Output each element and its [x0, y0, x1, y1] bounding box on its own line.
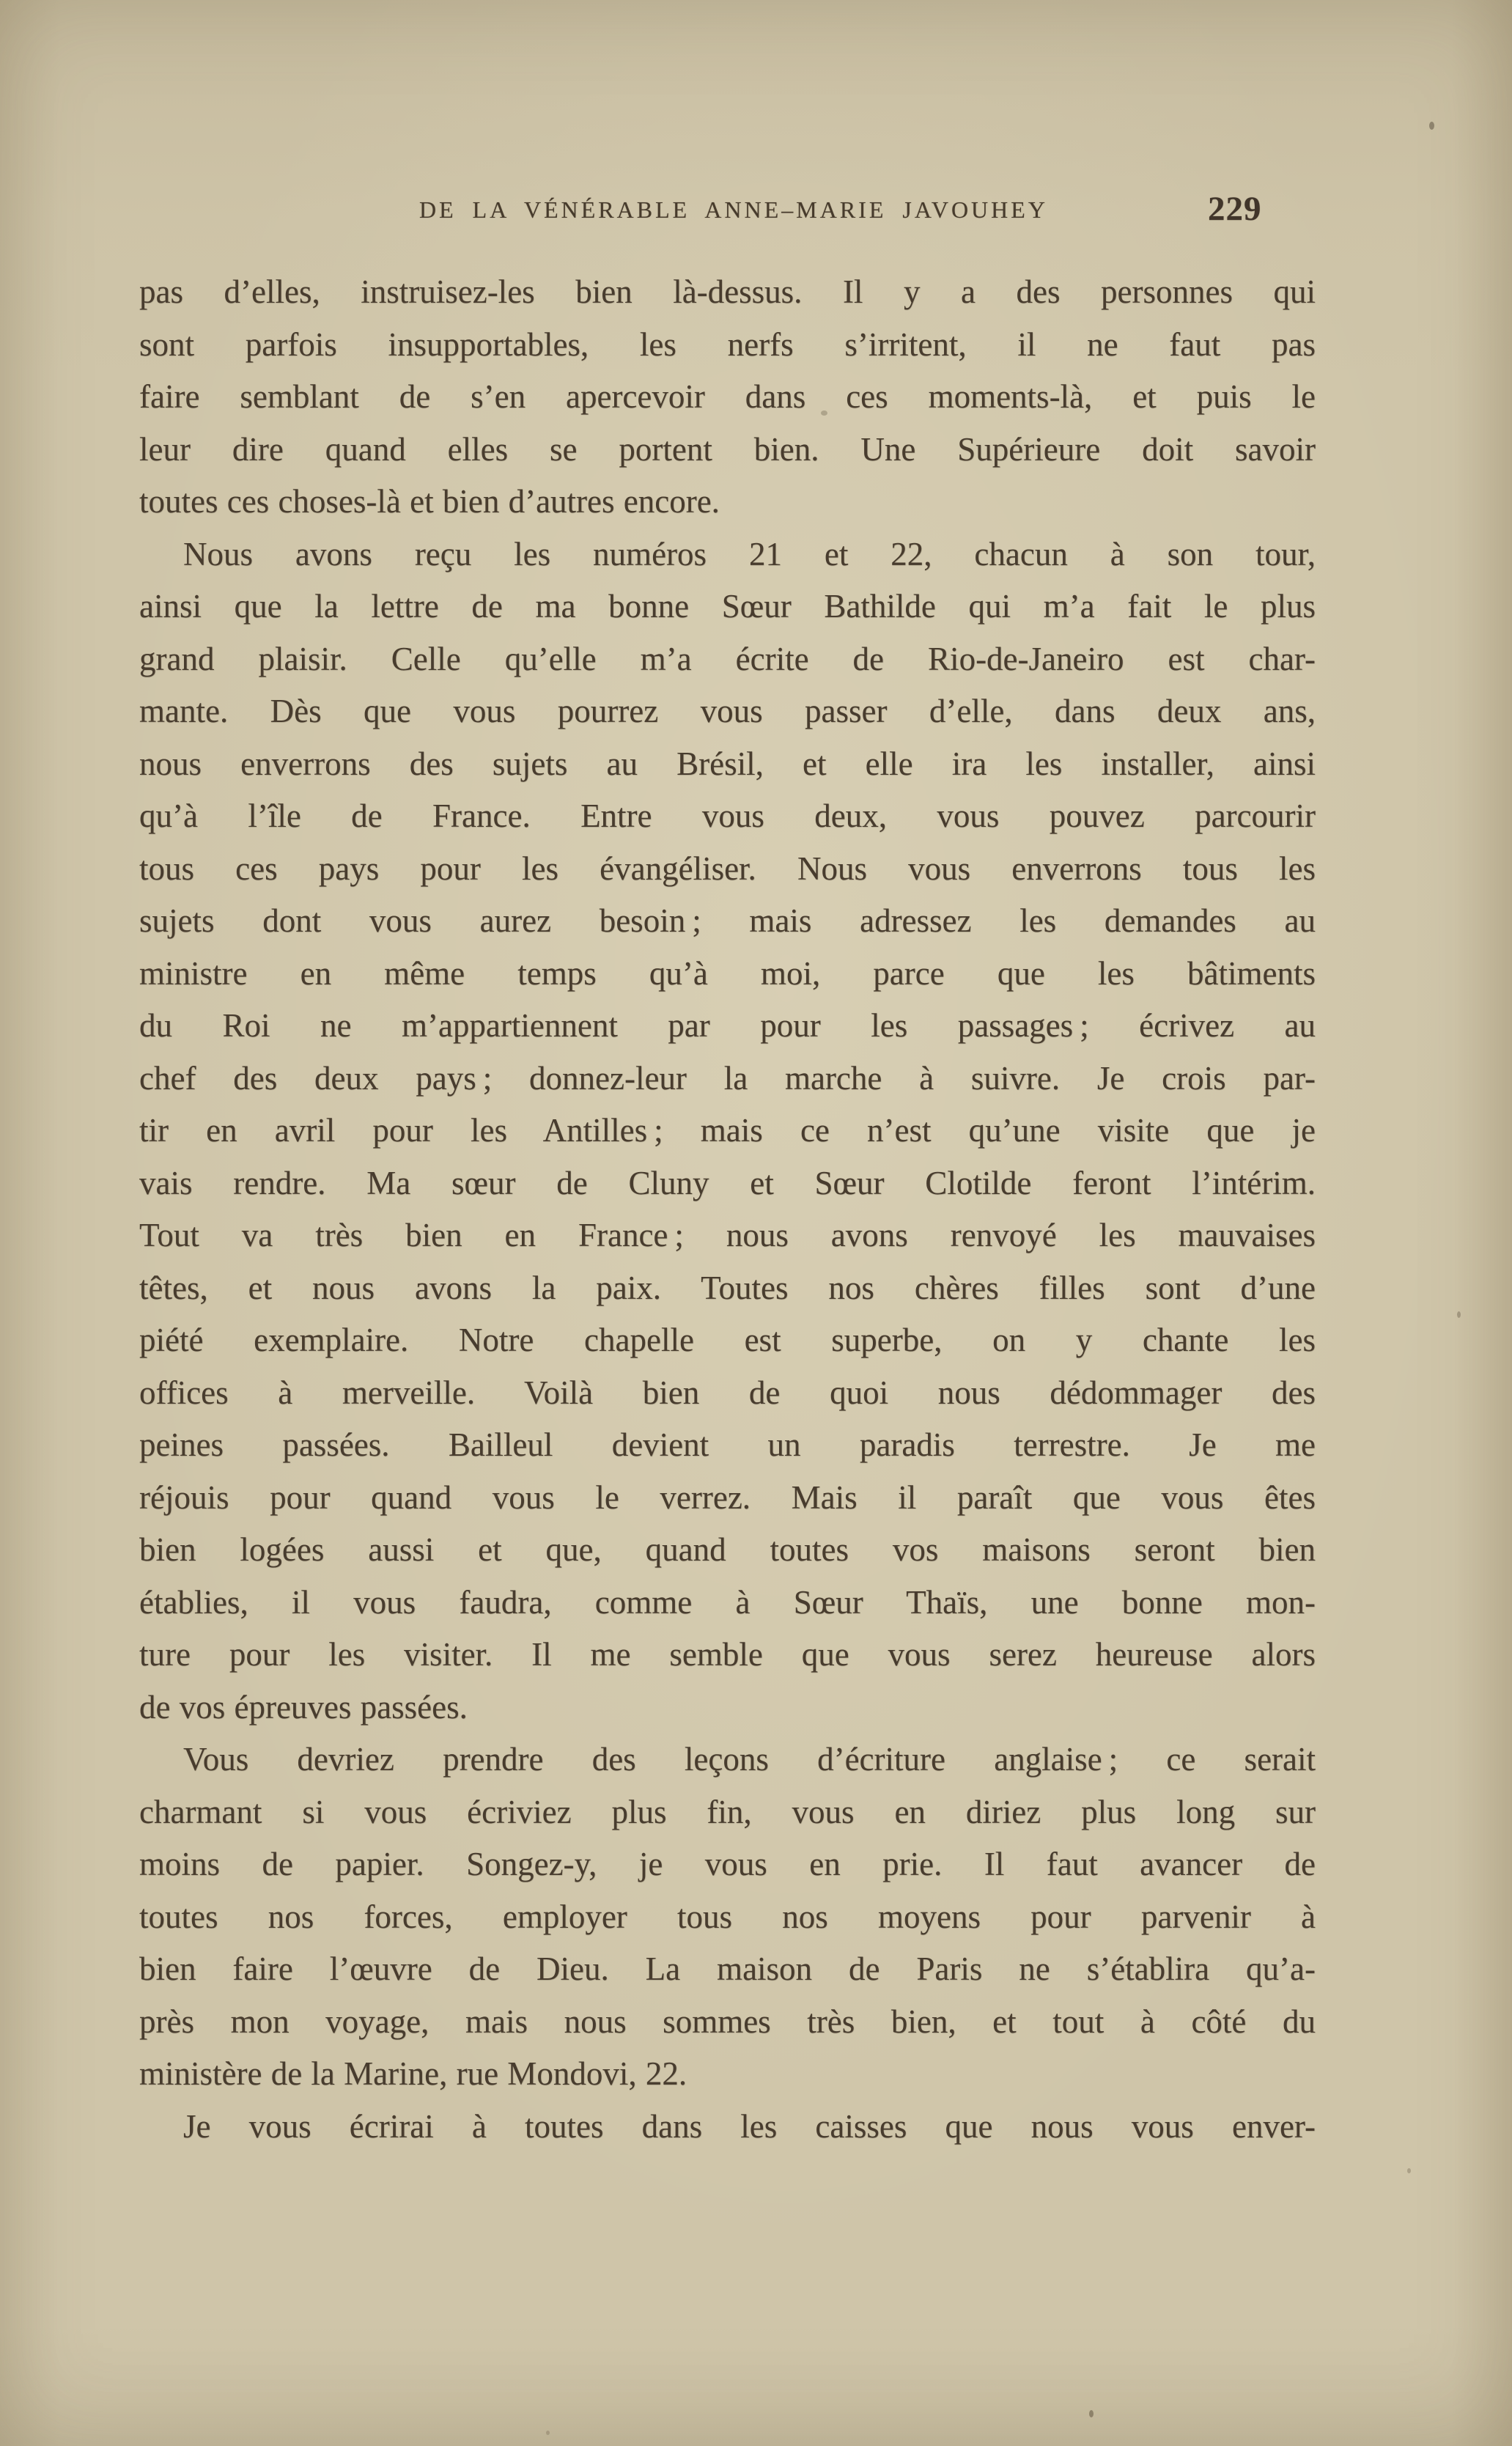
text-line: chef des deux pays ; donnez-leur la marc… — [139, 1053, 1316, 1105]
text-line: qu’à l’île de France. Entre vous deux, v… — [139, 790, 1316, 843]
text-line: bien faire l’œuvre de Dieu. La maison de… — [139, 1943, 1316, 1996]
text-line: Nous avons reçu les numéros 21 et 22, ch… — [139, 528, 1316, 581]
book-page: DE LA VÉNÉRABLE ANNE–MARIE JAVOUHEY 229 … — [0, 0, 1512, 2446]
page-number: 229 — [1208, 189, 1262, 229]
running-head-title: DE LA VÉNÉRABLE ANNE–MARIE JAVOUHEY — [419, 196, 1048, 224]
text-line: piété exemplaire. Notre chapelle est sup… — [139, 1314, 1316, 1367]
text-line: pas d’elles, instruisez-les bien là-dess… — [139, 266, 1316, 319]
text-line: toutes nos forces, employer tous nos moy… — [139, 1891, 1316, 1944]
text-line: nous enverrons des sujets au Brésil, et … — [139, 738, 1316, 791]
text-line: leur dire quand elles se portent bien. U… — [139, 424, 1316, 476]
text-line: de vos épreuves passées. — [139, 1681, 1316, 1734]
text-line: toutes ces choses-là et bien d’autres en… — [139, 476, 1316, 528]
text-line: sont parfois insupportables, les nerfs s… — [139, 319, 1316, 372]
text-line: ministère de la Marine, rue Mondovi, 22. — [139, 2048, 1316, 2101]
paper-speck — [546, 2431, 550, 2435]
paper-speck — [1429, 122, 1434, 130]
text-line: tous ces pays pour les évangéliser. Nous… — [139, 843, 1316, 896]
text-line: offices à merveille. Voilà bien de quoi … — [139, 1367, 1316, 1420]
text-line: du Roi ne m’appartiennent par pour les p… — [139, 1000, 1316, 1053]
text-line: vais rendre. Ma sœur de Cluny et Sœur Cl… — [139, 1157, 1316, 1210]
text-line: grand plaisir. Celle qu’elle m’a écrite … — [139, 633, 1316, 686]
text-line: bien logées aussi et que, quand toutes v… — [139, 1524, 1316, 1577]
text-line: établies, il vous faudra, comme à Sœur T… — [139, 1577, 1316, 1629]
text-line: Vous devriez prendre des leçons d’écritu… — [139, 1734, 1316, 1786]
paper-speck — [1089, 2410, 1094, 2417]
paper-speck — [1407, 2168, 1411, 2173]
text-line: faire semblant de s’en apercevoir dans c… — [139, 371, 1316, 424]
text-line: ministre en même temps qu’à moi, parce q… — [139, 948, 1316, 1001]
letter-text-block: pas d’elles, instruisez-les bien là-dess… — [139, 266, 1316, 2153]
text-line: près mon voyage, mais nous sommes très b… — [139, 1996, 1316, 2049]
text-line: moins de papier. Songez-y, je vous en pr… — [139, 1838, 1316, 1891]
text-line: peines passées. Bailleul devient un para… — [139, 1419, 1316, 1472]
text-line: réjouis pour quand vous le verrez. Mais … — [139, 1472, 1316, 1525]
text-line: Je vous écrirai à toutes dans les caisse… — [139, 2101, 1316, 2154]
text-line: ture pour les visiter. Il me semble que … — [139, 1629, 1316, 1681]
text-line: sujets dont vous aurez besoin ; mais adr… — [139, 895, 1316, 948]
text-line: Tout va très bien en France ; nous avons… — [139, 1209, 1316, 1262]
text-line: charmant si vous écriviez plus fin, vous… — [139, 1786, 1316, 1839]
text-line: tir en avril pour les Antilles ; mais ce… — [139, 1105, 1316, 1157]
text-line: ainsi que la lettre de ma bonne Sœur Bat… — [139, 581, 1316, 633]
text-line: mante. Dès que vous pourrez vous passer … — [139, 685, 1316, 738]
paper-speck — [1457, 1311, 1461, 1318]
text-line: têtes, et nous avons la paix. Toutes nos… — [139, 1262, 1316, 1315]
